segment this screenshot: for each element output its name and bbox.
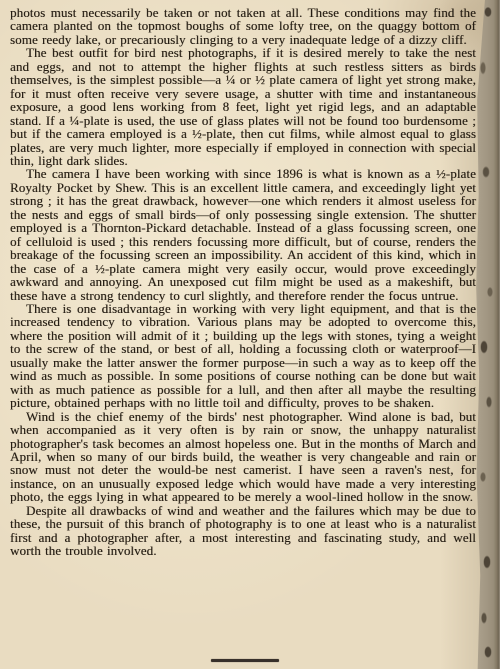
paragraph: There is one disadvantage in working wit… <box>10 302 476 410</box>
paragraph-continuation: photos must necessarily be taken or not … <box>10 6 476 46</box>
paragraph: The camera I have been working with sinc… <box>10 167 476 302</box>
paragraph: Wind is the chief enemy of the birds' ne… <box>10 410 476 504</box>
paragraph: The best outfit for bird nest photograph… <box>10 46 476 167</box>
page-text-block: photos must necessarily be taken or not … <box>10 6 476 558</box>
book-page: photos must necessarily be taken or not … <box>0 0 500 669</box>
section-end-rule <box>211 659 279 662</box>
page-edge-strip <box>474 0 500 669</box>
paragraph: Despite all drawbacks of wind and weathe… <box>10 504 476 558</box>
